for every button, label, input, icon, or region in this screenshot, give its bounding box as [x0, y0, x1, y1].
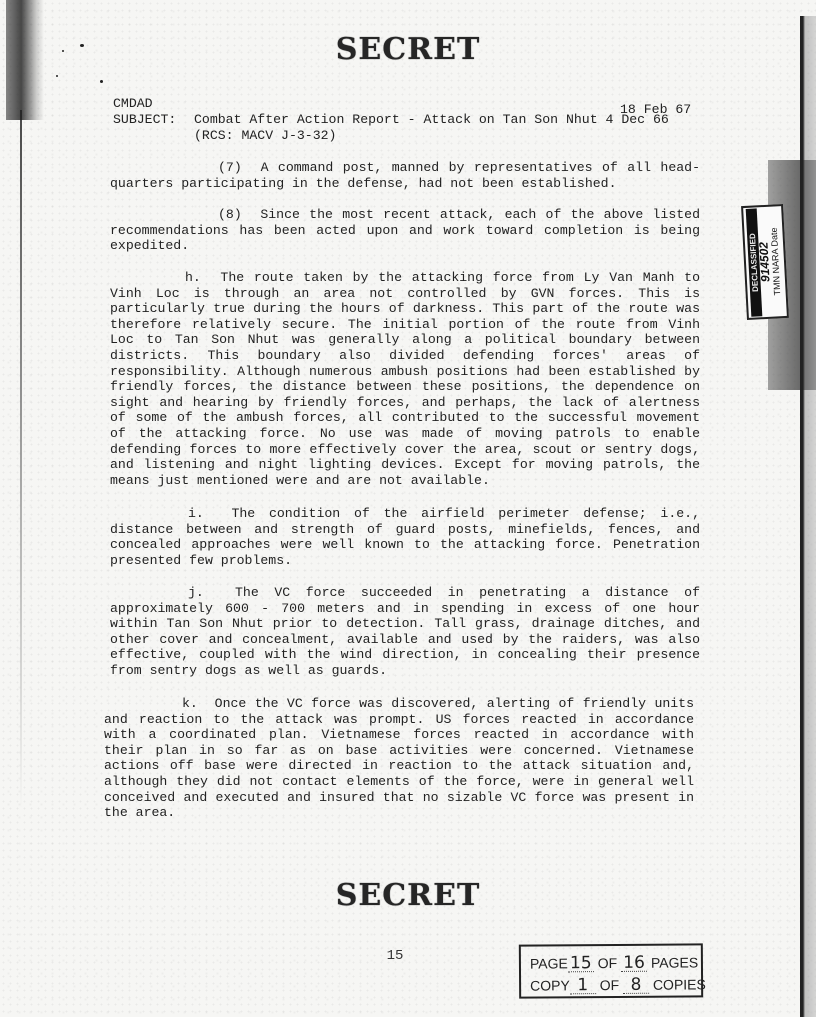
- scan-edge-line-left: [20, 110, 22, 810]
- paragraph-text: Once the VC force was discovered, alerti…: [104, 696, 694, 820]
- subject-title: Combat After Action Report - Attack on T…: [194, 112, 669, 127]
- office-symbol: CMDAD: [113, 96, 153, 111]
- subject-reference: (RCS: MACV J-3-32): [194, 128, 336, 143]
- paragraph-i: i. The condition of the airfield perimet…: [110, 506, 700, 568]
- page-value: 15: [568, 955, 594, 972]
- of-label: OF: [598, 955, 618, 971]
- paragraph-label: j.: [188, 585, 204, 600]
- copy-count-row: COPY1 OF 8 COPIES: [530, 973, 701, 996]
- copies-label: COPIES: [653, 976, 706, 992]
- paragraph-k: k. Once the VC force was discovered, ale…: [104, 696, 694, 821]
- scan-edge-right: [800, 16, 816, 1017]
- scan-speck: [100, 80, 103, 83]
- scan-speck: [56, 75, 58, 77]
- page-count-row: PAGE15 OF 16 PAGES: [530, 951, 701, 974]
- paragraph-text: Since the most recent attack, each of th…: [110, 207, 700, 253]
- subject-label: SUBJECT:: [113, 112, 176, 127]
- declassification-stamp: DECLASSIFIED 914502 TMN NARA Date: [741, 204, 789, 320]
- document-page: SECRET CMDAD 18 Feb 67 SUBJECT: Combat A…: [0, 0, 816, 1017]
- paragraph-label: (7): [218, 160, 242, 175]
- page-label: PAGE: [530, 955, 568, 971]
- copy-control-box: PAGE15 OF 16 PAGES COPY1 OF 8 COPIES: [519, 943, 703, 998]
- paragraph-label: (8): [218, 207, 242, 222]
- classification-marking-bottom: SECRET: [0, 878, 816, 913]
- stamp-by-line: TMN NARA Date: [769, 227, 783, 295]
- pages-total: 16: [621, 955, 647, 972]
- paragraph-h: h. The route taken by the attacking forc…: [110, 270, 700, 488]
- paragraph-7: (7) A command post, manned by representa…: [110, 160, 700, 191]
- copy-value: 1: [570, 977, 596, 994]
- paragraph-label: i.: [188, 506, 204, 521]
- paragraph-label: h.: [185, 270, 201, 285]
- copies-total: 8: [623, 977, 649, 994]
- paragraph-text: A command post, manned by representative…: [110, 160, 700, 191]
- paragraph-label: k.: [182, 696, 198, 711]
- paragraph-8: (8) Since the most recent attack, each o…: [110, 207, 700, 254]
- copy-label: COPY: [530, 977, 570, 993]
- paragraph-j: j. The VC force succeeded in penetrating…: [110, 585, 700, 679]
- paragraph-text: The route taken by the attacking force f…: [110, 270, 700, 488]
- of-label: OF: [600, 977, 620, 993]
- pages-label: PAGES: [651, 954, 698, 970]
- classification-marking-top: SECRET: [0, 32, 816, 67]
